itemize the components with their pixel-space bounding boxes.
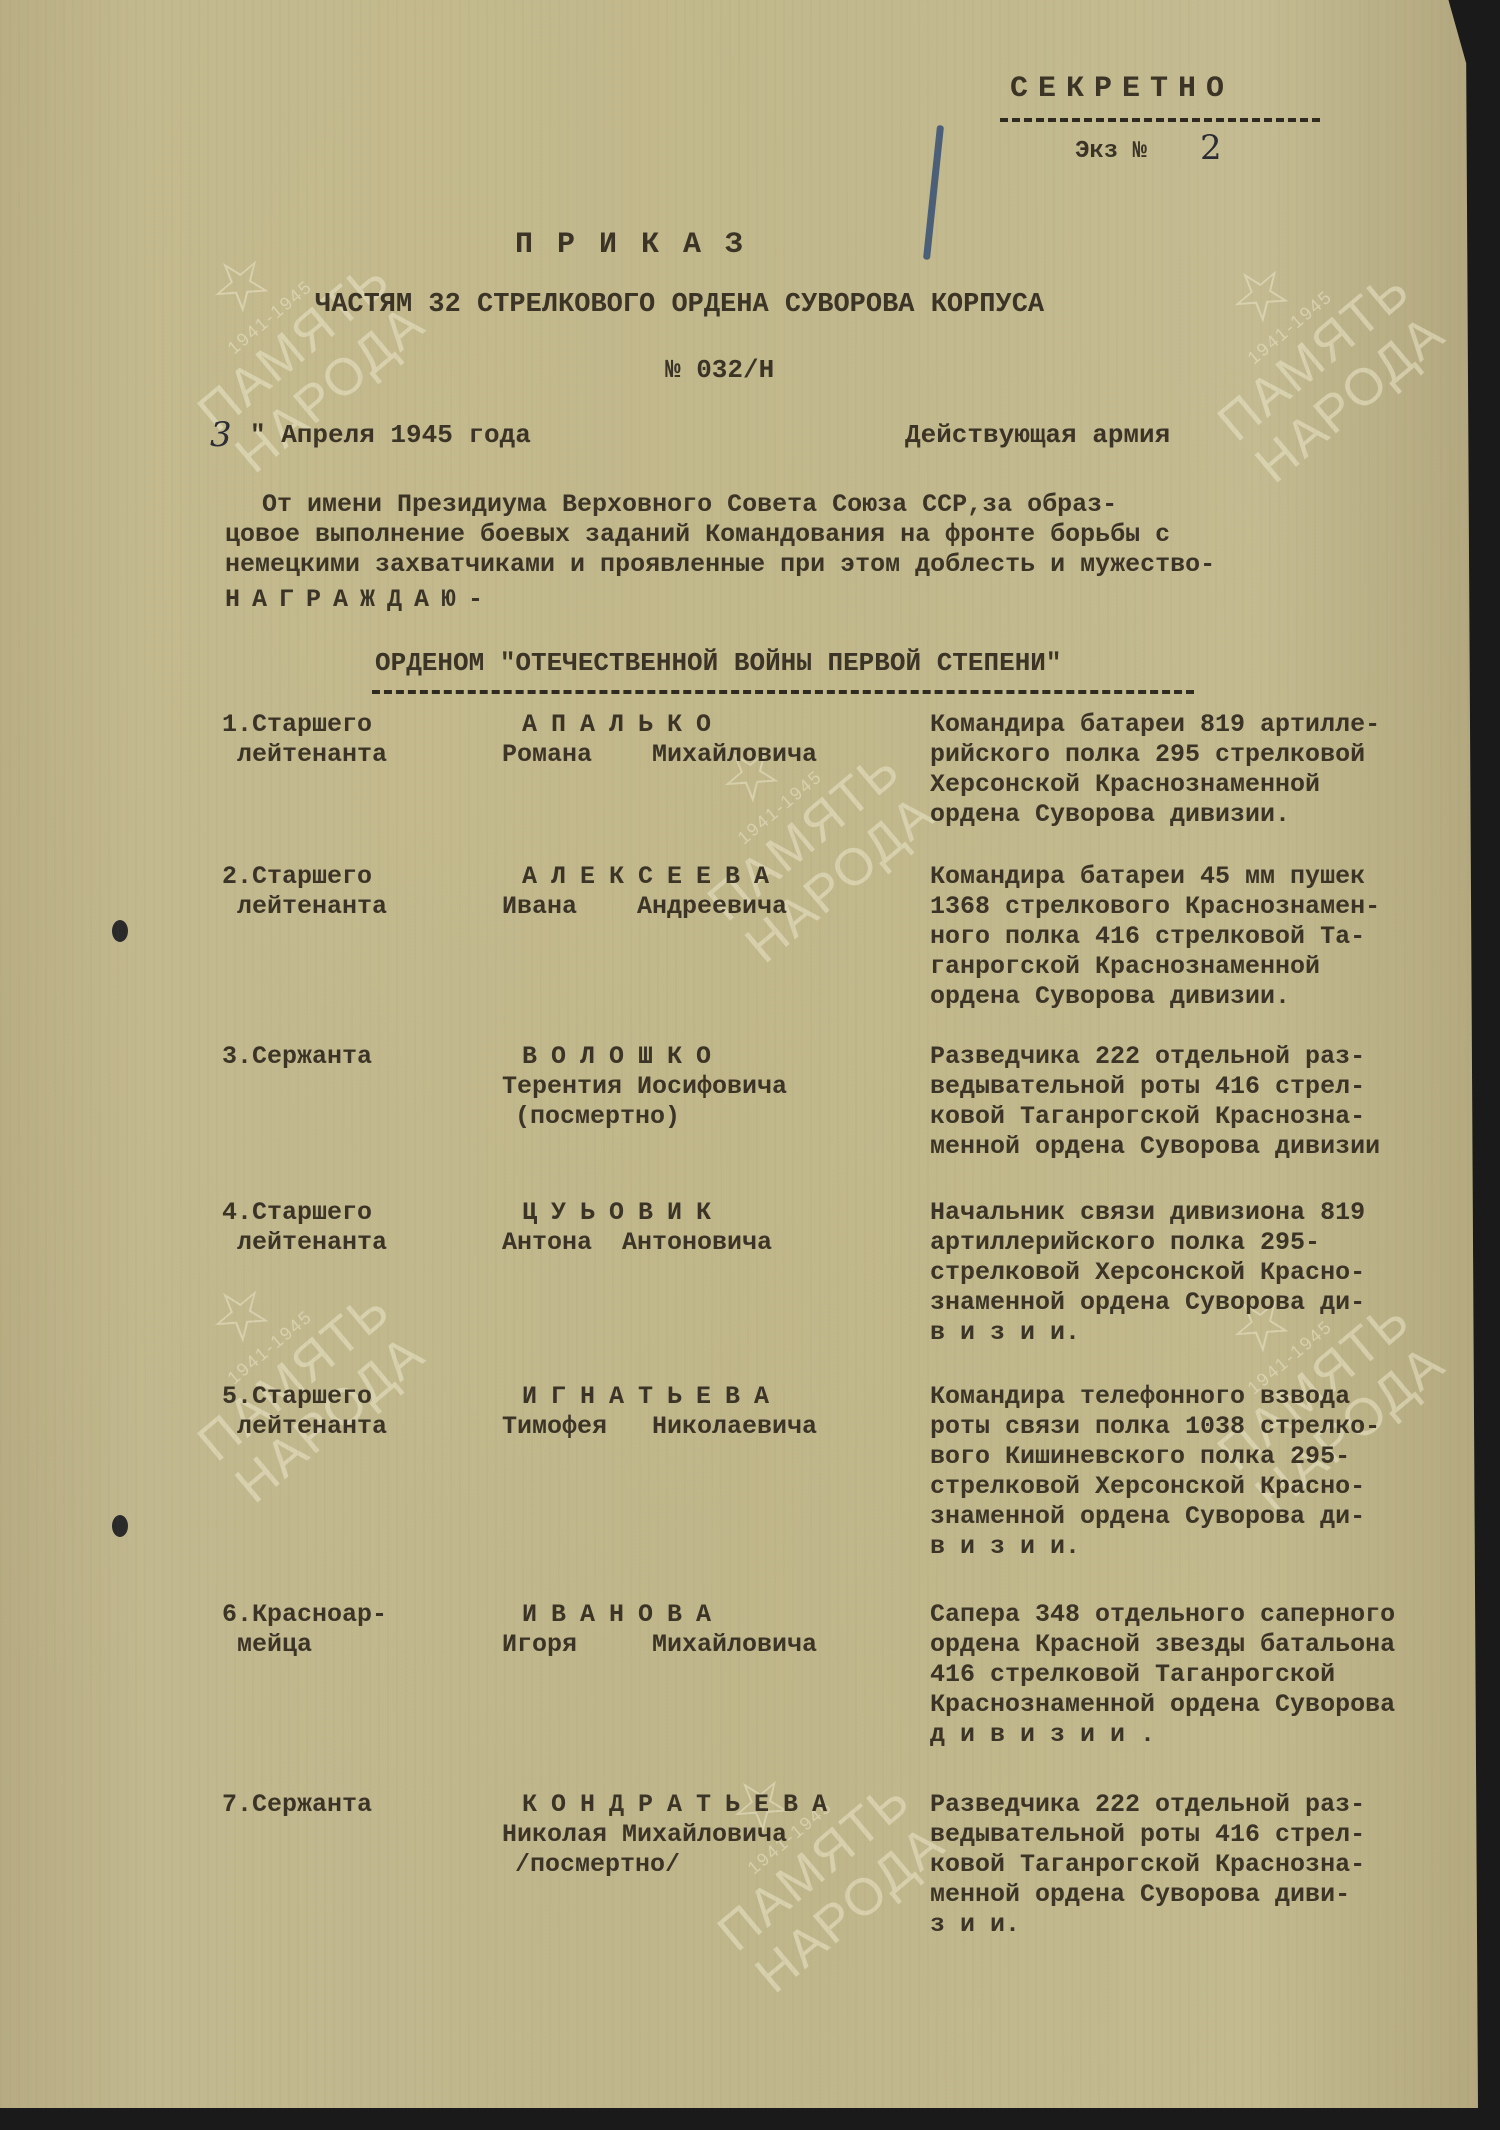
awardee-note: (посмертно) [515, 1102, 680, 1132]
awardee-surname: ЦУЬОВИК [522, 1198, 725, 1228]
star-icon: ☆ [130, 182, 352, 384]
date-text: " Апреля 1945 года [250, 420, 531, 450]
awardee-rank: 7.Сержанта [222, 1790, 372, 1820]
preamble-line: немецкими захватчиками и проявленные при… [225, 550, 1215, 580]
awardee-position: Командира батареи 819 артилле- рийского … [930, 710, 1380, 830]
classification-underline [1000, 118, 1320, 122]
order-underline [372, 690, 1194, 694]
awardee-position: Разведчика 222 отдельной раз- ведыватель… [930, 1790, 1365, 1940]
watermark: ☆ 1941-1945 ПАМЯТЬ НАРОДА [1150, 192, 1457, 495]
awardee-surname: АПАЛЬКО [522, 710, 725, 740]
awardee-given-names: Терентия Иосифовича [502, 1072, 787, 1102]
handwritten-page-mark [923, 125, 944, 260]
preamble-line: цовое выполнение боевых заданий Командов… [225, 520, 1170, 550]
awardee-given-names: Романа Михайловича [502, 740, 817, 770]
document-type: ПРИКАЗ [515, 228, 767, 262]
awardee-given-names: Тимофея Николаевича [502, 1412, 817, 1442]
awardee-rank: 3.Сержанта [222, 1042, 372, 1072]
awardee-rank: 6.Красноар- мейца [222, 1600, 387, 1660]
awardee-surname: ИВАНОВА [522, 1600, 725, 1630]
awardee-surname: ВОЛОШКО [522, 1042, 725, 1072]
awardee-note: /посмертно/ [515, 1850, 680, 1880]
copy-label: Экз № [1075, 138, 1147, 165]
document-page: ☆ 1941-1945 ПАМЯТЬ НАРОДА ☆ 1941-1945 ПА… [0, 0, 1478, 2108]
awardee-given-names: Ивана Андреевича [502, 892, 787, 922]
classification-stamp: СЕКРЕТНО [1010, 72, 1234, 106]
awardee-given-names: Антона Антоновича [502, 1228, 772, 1258]
star-icon: ☆ [640, 672, 862, 874]
punch-hole [112, 920, 128, 942]
awardee-position: Сапера 348 отдельного саперного ордена К… [930, 1600, 1395, 1750]
awardee-given-names: Николая Михайловича [502, 1820, 787, 1850]
awardee-rank: 4.Старшего лейтенанта [222, 1198, 387, 1258]
star-icon: ☆ [1150, 192, 1372, 394]
awardee-rank: 1.Старшего лейтенанта [222, 710, 387, 770]
awardee-rank: 5.Старшего лейтенанта [222, 1382, 387, 1442]
copy-number: 2 [1200, 128, 1222, 168]
watermark: ☆ 1941-1945 ПАМЯТЬ НАРОДА [650, 1702, 957, 2005]
awardee-given-names: Игоря Михайловича [502, 1630, 817, 1660]
awardee-position: Начальник связи дивизиона 819 артиллерий… [930, 1198, 1365, 1348]
awardee-surname: АЛЕКСЕЕВА [522, 862, 783, 892]
awardee-position: Разведчика 222 отдельной раз- ведыватель… [930, 1042, 1380, 1162]
document-number: № 032/Н [665, 355, 774, 385]
awardee-surname: КОНДРАТЬЕВА [522, 1790, 841, 1820]
award-verb: НАГРАЖДАЮ- [225, 585, 495, 614]
date-day: 3 [210, 415, 232, 455]
awardee-surname: ИГНАТЬЕВА [522, 1382, 783, 1412]
punch-hole [112, 1515, 128, 1537]
order-name: ОРДЕНОМ "ОТЕЧЕСТВЕННОЙ ВОЙНЫ ПЕРВОЙ СТЕП… [375, 648, 1062, 678]
document-addressee: ЧАСТЯМ 32 СТРЕЛКОВОГО ОРДЕНА СУВОРОВА КО… [315, 290, 1044, 320]
awardee-position: Командира батареи 45 мм пушек 1368 стрел… [930, 862, 1380, 1012]
awardee-position: Командира телефонного взвода роты связи … [930, 1382, 1380, 1562]
place: Действующая армия [905, 420, 1170, 450]
preamble-line: От имени Президиума Верховного Совета Со… [262, 490, 1117, 520]
awardee-rank: 2.Старшего лейтенанта [222, 862, 387, 922]
